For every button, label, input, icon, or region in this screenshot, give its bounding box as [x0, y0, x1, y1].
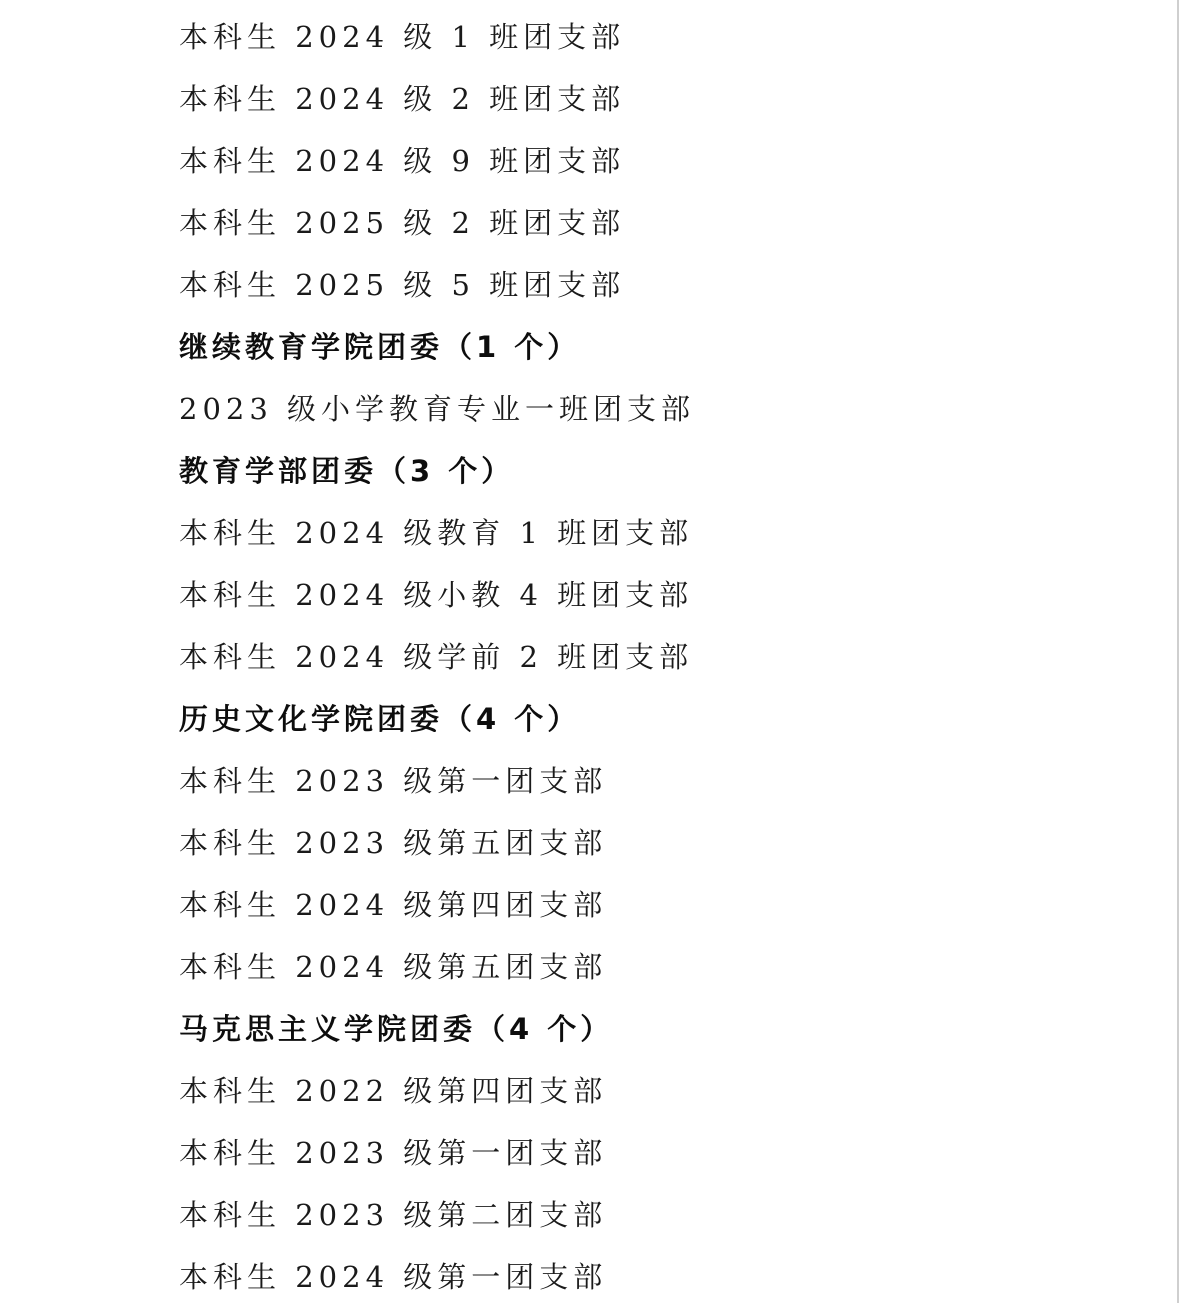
list-item: 本科生 2024 级 1 班团支部 [179, 6, 695, 68]
list-item: 2023 级小学教育专业一班团支部 [179, 378, 695, 440]
list-item: 本科生 2022 级第四团支部 [179, 1060, 695, 1122]
section-heading: 教育学部团委（3 个） [179, 440, 695, 502]
list-item: 本科生 2024 级第五团支部 [179, 936, 695, 998]
list-item: 本科生 2023 级第五团支部 [179, 812, 695, 874]
list-item: 本科生 2023 级第二团支部 [179, 1184, 695, 1246]
list-item: 本科生 2024 级学前 2 班团支部 [179, 626, 695, 688]
branch-list: 本科生 2024 级 1 班团支部 本科生 2024 级 2 班团支部 本科生 … [179, 6, 695, 1303]
list-item: 本科生 2024 级小教 4 班团支部 [179, 564, 695, 626]
list-item: 本科生 2025 级 5 班团支部 [179, 254, 695, 316]
list-item: 本科生 2025 级 2 班团支部 [179, 192, 695, 254]
section-heading: 历史文化学院团委（4 个） [179, 688, 695, 750]
list-item: 本科生 2024 级教育 1 班团支部 [179, 502, 695, 564]
document-page: 本科生 2024 级 1 班团支部 本科生 2024 级 2 班团支部 本科生 … [0, 0, 1176, 1303]
list-item: 本科生 2024 级第四团支部 [179, 874, 695, 936]
section-heading: 马克思主义学院团委（4 个） [179, 998, 695, 1060]
list-item: 本科生 2023 级第一团支部 [179, 1122, 695, 1184]
list-item: 本科生 2024 级 9 班团支部 [179, 130, 695, 192]
list-item: 本科生 2023 级第一团支部 [179, 750, 695, 812]
section-heading: 继续教育学院团委（1 个） [179, 316, 695, 378]
list-item: 本科生 2024 级 2 班团支部 [179, 68, 695, 130]
list-item: 本科生 2024 级第一团支部 [179, 1246, 695, 1303]
